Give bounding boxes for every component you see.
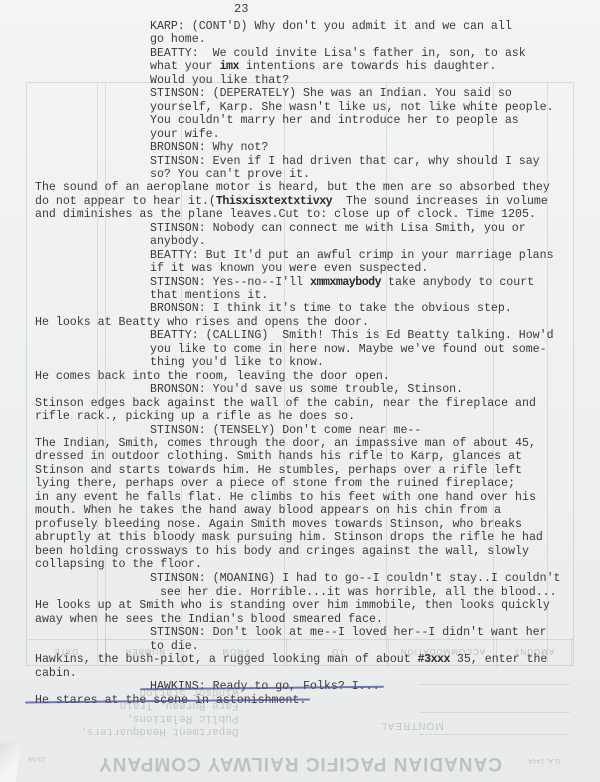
reverse-logo-mark: 10·58 [28,755,46,762]
paper-corner-fold [0,740,22,782]
reverse-city: MONTREAL [380,720,444,731]
action-line: mouth. When he takes the hand away blood… [35,504,501,517]
line-text: your wife. [150,128,220,141]
line-text: He looks up at Smith who is standing ove… [35,599,550,612]
action-line: dressed in outdoor clothing. Smith hands… [35,450,522,463]
action-line: and diminishes as the plane leaves.Cut t… [35,208,536,221]
action-line: do not appear to hear it.(Thisxisxtextxt… [35,195,548,208]
dialogue-line: BRONSON: I think it's time to take the o… [150,302,512,315]
line-text: abruptly at this bloody mask pursuing hi… [35,531,543,544]
line-text: Stinson edges back against the wall of t… [35,397,536,410]
dialogue-line: what your imx intentions are towards his… [150,60,496,73]
line-text: BRONSON: I think it's time to take the o… [150,302,512,315]
line-text: STINSON: Nobody can connect me with Lisa… [150,222,526,235]
dialogue-line: HAWKINS: Ready to go, Folks? I... [150,680,380,693]
line-text: BEATTY: We could invite Lisa's father in… [150,47,526,60]
dialogue-line: STINSON: Yes--no--I'll xmmxmaybody take … [150,276,534,289]
reverse-line: Public Relations, [80,711,238,724]
dialogue-line: thing you'd like to know. [150,356,324,369]
line-text: you like to come in here now. Maybe we'v… [150,343,547,356]
action-line: He comes back into the room, leaving the… [35,370,390,383]
dialogue-line: so? You can't prove it. [150,168,310,181]
line-text: The sound of an aeroplane motor is heard… [35,181,550,194]
dialogue-line: to die. [150,640,199,653]
line-text: rifle rack., picking up a rifle as he do… [35,410,355,423]
action-line: He looks up at Smith who is standing ove… [35,599,550,612]
typed-overstrike: #3xxx [418,653,450,666]
dialogue-line: your wife. [150,128,220,141]
line-text: STINSON: Even if I had driven that car, … [150,155,540,168]
line-text: do not appear to hear it.( [35,195,216,208]
dialogue-line: BEATTY: We could invite Lisa's father in… [150,47,526,60]
line-text: been holding crossways to his body and c… [35,545,529,558]
line-text: You couldn't marry her and introduce her… [150,114,519,127]
dialogue-line: STINSON: (DEPERATELY) She was an Indian.… [150,87,512,100]
line-text: go home. [150,33,206,46]
action-line: He looks at Beatty who rises and opens t… [35,316,369,329]
line-text: that mentions it. [150,289,268,302]
action-line: profusely bleeding nose. Again Smith mov… [35,518,522,531]
line-text: away when he sees the Indian's blood sme… [35,613,383,626]
reverse-line: Department Headquarters, [80,724,238,737]
line-text: collapsing to the floor. [35,558,202,571]
dialogue-line: go home. [150,33,206,46]
line-text: so? You can't prove it. [150,168,310,181]
line-text: BRONSON: You'd save us some trouble, Sti… [150,383,463,396]
typed-overstrike: imx [220,60,239,73]
action-line: in any event he falls flat. He climbs to… [35,491,536,504]
action-line: He stares at the scene in astonishment. [35,694,306,707]
line-text: Stinson and starts towards him. He stumb… [35,464,522,477]
action-line: collapsing to the floor. [35,558,202,571]
dialogue-line: BRONSON: Why not? [150,141,268,154]
line-text: mouth. When he takes the hand away blood… [35,504,501,517]
line-text: STINSON: (DEPERATELY) She was an Indian.… [150,87,512,100]
dialogue-line: yourself, Karp. She wasn't like us, not … [150,101,554,114]
dialogue-line: see her die. Horrible...it was horrible,… [160,586,557,599]
line-text: STINSON: (MOANING) I had to go--I couldn… [150,572,561,585]
action-line: away when he sees the Indian's blood sme… [35,613,383,626]
line-text: BEATTY: But It'd put an awful crimp in y… [150,249,554,262]
dialogue-line: Would you like that? [150,74,289,87]
line-text: in any event he falls flat. He climbs to… [35,491,536,504]
action-line: Stinson edges back against the wall of t… [35,397,536,410]
action-line: abruptly at this bloody mask pursuing hi… [35,531,543,544]
line-text: He looks at Beatty who rises and opens t… [35,316,369,329]
action-line: cabin. [35,667,77,680]
dialogue-line: BRONSON: You'd save us some trouble, Sti… [150,383,463,396]
line-text: take anybody to court [381,276,534,289]
action-line: rifle rack., picking up a rifle as he do… [35,410,355,423]
action-line: been holding crossways to his body and c… [35,545,529,558]
line-text: yourself, Karp. She wasn't like us, not … [150,101,554,114]
line-text: cabin. [35,667,77,680]
line-text: STINSON: (TENSELY) Don't come near me-- [150,424,421,437]
typed-overstrike: xmmxmaybody [310,276,381,289]
dialogue-line: you like to come in here now. Maybe we'v… [150,343,547,356]
line-text: thing you'd like to know. [150,356,324,369]
typed-overstrike: Thisxisxtextxtivxy [216,195,332,208]
dialogue-line: KARP: (CONT'D) Why don't you admit it an… [150,20,512,33]
dialogue-line: STINSON: Even if I had driven that car, … [150,155,540,168]
line-text: KARP: (CONT'D) Why don't you admit it an… [150,20,512,33]
dialogue-line: STINSON: (TENSELY) Don't come near me-- [150,424,421,437]
action-line: lying there, perhaps over a piece of sto… [35,477,515,490]
pen-struck-text: He stares at the scene in astonishment. [35,694,306,707]
line-text: BEATTY: (CALLING) Smith! This is Ed Beat… [150,329,554,342]
dialogue-line: BEATTY: (CALLING) Smith! This is Ed Beat… [150,329,554,342]
line-text: to die. [150,640,199,653]
line-text: dressed in outdoor clothing. Smith hands… [35,450,522,463]
line-text: He comes back into the room, leaving the… [35,370,390,383]
dialogue-line: STINSON: Nobody can connect me with Lisa… [150,222,526,235]
action-line: The Indian, Smith, comes through the doo… [35,437,536,450]
reverse-dotted-line [420,712,570,713]
line-text: if it was known you were even suspected. [150,262,428,275]
line-text: Hawkins, the bush-pilot, a rugged lookin… [35,653,418,666]
document-page: AMOUNT ACCOMMODATION TO FROM NUMBER DATE… [0,0,600,782]
reverse-company-name: CANADIAN PACIFIC RAILWAY COMPANY [90,752,510,774]
line-text: The Indian, Smith, comes through the doo… [35,437,536,450]
dialogue-line: STINSON: (MOANING) I had to go--I couldn… [150,572,561,585]
reverse-dotted-line [420,734,570,735]
reverse-form-number: G.A. 144A [528,757,560,764]
line-text: profusely bleeding nose. Again Smith mov… [35,518,522,531]
line-text: see her die. Horrible...it was horrible,… [160,586,557,599]
dialogue-line: BEATTY: But It'd put an awful crimp in y… [150,249,554,262]
dialogue-line: if it was known you were even suspected. [150,262,428,275]
action-line: Hawkins, the bush-pilot, a rugged lookin… [35,653,547,666]
line-text: 35, enter the [450,653,547,666]
line-text: The sound increases in volume [332,195,548,208]
line-text: lying there, perhaps over a piece of sto… [35,477,515,490]
line-text: BRONSON: Why not? [150,141,268,154]
page-number: 23 [234,2,248,16]
dialogue-line: that mentions it. [150,289,268,302]
reverse-dotted-line [420,684,570,685]
line-text: anybody. [150,235,206,248]
line-text: STINSON: Don't look at me--I loved her--… [150,626,547,639]
dialogue-line: You couldn't marry her and introduce her… [150,114,519,127]
action-line: Stinson and starts towards him. He stumb… [35,464,522,477]
dialogue-line: STINSON: Don't look at me--I loved her--… [150,626,547,639]
line-text: STINSON: Yes--no--I'll [150,276,310,289]
dialogue-line: anybody. [150,235,206,248]
line-text: Would you like that? [150,74,289,87]
action-line: The sound of an aeroplane motor is heard… [35,181,550,194]
line-text: intentions are towards his daughter. [239,60,496,73]
line-text: what your [150,60,220,73]
line-text: and diminishes as the plane leaves.Cut t… [35,208,536,221]
pen-struck-text: HAWKINS: Ready to go, Folks? I... [150,680,380,693]
